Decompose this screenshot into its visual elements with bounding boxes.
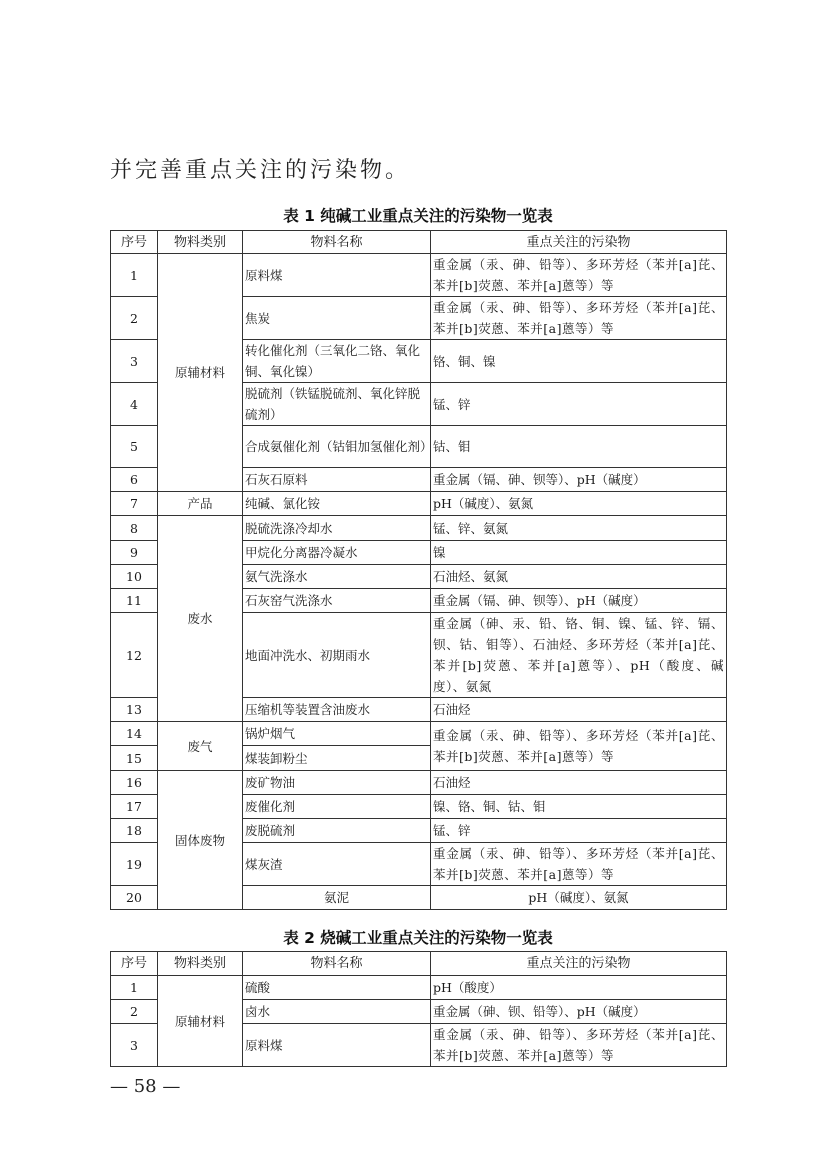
pollutants: 锰、锌: [431, 383, 727, 426]
material-name: 废催化剂: [243, 795, 431, 819]
category-cell: 废气: [158, 722, 243, 771]
pollutants: 重金属（砷、汞、铅、铬、铜、镍、锰、锌、镉、钡、钴、钼等）、石油烃、多环芳烃（苯…: [431, 613, 727, 698]
pollutants: 重金属（砷、钡、铅等）、pH（碱度）: [431, 1000, 727, 1024]
table2: 序号 物料类别 物料名称 重点关注的污染物 1 原辅材料 硫酸 pH（酸度） 2…: [110, 951, 727, 1067]
material-name: 纯碱、氯化铵: [243, 492, 431, 516]
row-seq: 14: [111, 722, 158, 746]
material-name: 焦炭: [243, 297, 431, 340]
row-seq: 12: [111, 613, 158, 698]
table-row: 7 产品 纯碱、氯化铵 pH（碱度）、氨氮: [111, 492, 727, 516]
material-name: 石灰窑气洗涤水: [243, 589, 431, 613]
table2-caption: 表 2 烧碱工业重点关注的污染物一览表: [110, 926, 726, 948]
header-name: 物料名称: [243, 231, 431, 254]
pollutants: 锰、锌: [431, 819, 727, 843]
pollutants: 钴、钼: [431, 426, 727, 468]
table-row: 1 原辅材料 硫酸 pH（酸度）: [111, 976, 727, 1000]
table1-caption: 表 1 纯碱工业重点关注的污染物一览表: [110, 204, 726, 226]
row-seq: 3: [111, 1024, 158, 1067]
material-name: 石灰石原料: [243, 468, 431, 492]
pollutants: 锰、锌、氨氮: [431, 516, 727, 541]
row-seq: 1: [111, 976, 158, 1000]
row-seq: 2: [111, 1000, 158, 1024]
material-name: 脱硫剂（铁锰脱硫剂、氧化锌脱硫剂）: [243, 383, 431, 426]
pollutants: 重金属（汞、砷、铅等）、多环芳烃（苯并[a]芘、苯并[b]荧蒽、苯并[a]蒽等）…: [431, 297, 727, 340]
table1: 序号 物料类别 物料名称 重点关注的污染物 1 原辅材料 原料煤 重金属（汞、砷…: [110, 230, 727, 910]
row-seq: 16: [111, 771, 158, 795]
category-cell: 原辅材料: [158, 254, 243, 492]
table-row: 14 废气 锅炉烟气 重金属（汞、砷、铅等）、多环芳烃（苯并[a]芘、苯并[b]…: [111, 722, 727, 746]
header-seq: 序号: [111, 952, 158, 976]
material-name: 脱硫洗涤冷却水: [243, 516, 431, 541]
table-row: 1 原辅材料 原料煤 重金属（汞、砷、铅等）、多环芳烃（苯并[a]芘、苯并[b]…: [111, 254, 727, 297]
header-pollutants: 重点关注的污染物: [431, 952, 727, 976]
row-seq: 6: [111, 468, 158, 492]
header-pollutants: 重点关注的污染物: [431, 231, 727, 254]
pollutants: 重金属（汞、砷、铅等）、多环芳烃（苯并[a]芘、苯并[b]荧蒽、苯并[a]蒽等）…: [431, 1024, 727, 1067]
table-row: 8 废水 脱硫洗涤冷却水 锰、锌、氨氮: [111, 516, 727, 541]
header-category: 物料类别: [158, 231, 243, 254]
material-name: 原料煤: [243, 1024, 431, 1067]
row-seq: 3: [111, 340, 158, 383]
category-cell: 废水: [158, 516, 243, 722]
row-seq: 4: [111, 383, 158, 426]
pollutants: pH（碱度）、氨氮: [431, 886, 727, 910]
pollutants: 石油烃、氨氮: [431, 565, 727, 589]
material-name: 锅炉烟气: [243, 722, 431, 746]
pollutants: pH（酸度）: [431, 976, 727, 1000]
material-name: 硫酸: [243, 976, 431, 1000]
row-seq: 20: [111, 886, 158, 910]
row-seq: 1: [111, 254, 158, 297]
intro-paragraph: 并完善重点关注的污染物。: [110, 153, 410, 184]
row-seq: 19: [111, 843, 158, 886]
row-seq: 7: [111, 492, 158, 516]
material-name: 卤水: [243, 1000, 431, 1024]
row-seq: 17: [111, 795, 158, 819]
row-seq: 2: [111, 297, 158, 340]
row-seq: 5: [111, 426, 158, 468]
material-name: 甲烷化分离器冷凝水: [243, 541, 431, 565]
material-name: 合成氨催化剂（钴钼加氢催化剂）: [243, 426, 431, 468]
material-name: 氨气洗涤水: [243, 565, 431, 589]
pollutants: 重金属（汞、砷、铅等）、多环芳烃（苯并[a]芘、苯并[b]荧蒽、苯并[a]蒽等）…: [431, 722, 727, 771]
category-cell: 固体废物: [158, 771, 243, 910]
material-name: 转化催化剂（三氧化二铬、氧化铜、氧化镍）: [243, 340, 431, 383]
row-seq: 18: [111, 819, 158, 843]
table-header-row: 序号 物料类别 物料名称 重点关注的污染物: [111, 952, 727, 976]
row-seq: 15: [111, 746, 158, 771]
category-cell: 原辅材料: [158, 976, 243, 1067]
pollutants: 石油烃: [431, 771, 727, 795]
page-number: — 58 —: [110, 1076, 180, 1097]
table-header-row: 序号 物料类别 物料名称 重点关注的污染物: [111, 231, 727, 254]
pollutants: 重金属（镉、砷、钡等）、pH（碱度）: [431, 589, 727, 613]
material-name: 煤灰渣: [243, 843, 431, 886]
row-seq: 11: [111, 589, 158, 613]
pollutants: 重金属（汞、砷、铅等）、多环芳烃（苯并[a]芘、苯并[b]荧蒽、苯并[a]蒽等）…: [431, 254, 727, 297]
pollutants: 重金属（汞、砷、铅等）、多环芳烃（苯并[a]芘、苯并[b]荧蒽、苯并[a]蒽等）…: [431, 843, 727, 886]
header-seq: 序号: [111, 231, 158, 254]
row-seq: 13: [111, 698, 158, 722]
row-seq: 8: [111, 516, 158, 541]
header-name: 物料名称: [243, 952, 431, 976]
material-name: 氨泥: [243, 886, 431, 910]
pollutants: 铬、铜、镍: [431, 340, 727, 383]
pollutants: 重金属（镉、砷、钡等）、pH（碱度）: [431, 468, 727, 492]
material-name: 地面冲洗水、初期雨水: [243, 613, 431, 698]
pollutants: 镍、铬、铜、钴、钼: [431, 795, 727, 819]
row-seq: 9: [111, 541, 158, 565]
header-category: 物料类别: [158, 952, 243, 976]
table-row: 16 固体废物 废矿物油 石油烃: [111, 771, 727, 795]
pollutants: pH（碱度）、氨氮: [431, 492, 727, 516]
category-cell: 产品: [158, 492, 243, 516]
material-name: 废矿物油: [243, 771, 431, 795]
pollutants: 石油烃: [431, 698, 727, 722]
row-seq: 10: [111, 565, 158, 589]
material-name: 原料煤: [243, 254, 431, 297]
pollutants: 镍: [431, 541, 727, 565]
material-name: 废脱硫剂: [243, 819, 431, 843]
material-name: 煤装卸粉尘: [243, 746, 431, 771]
material-name: 压缩机等装置含油废水: [243, 698, 431, 722]
